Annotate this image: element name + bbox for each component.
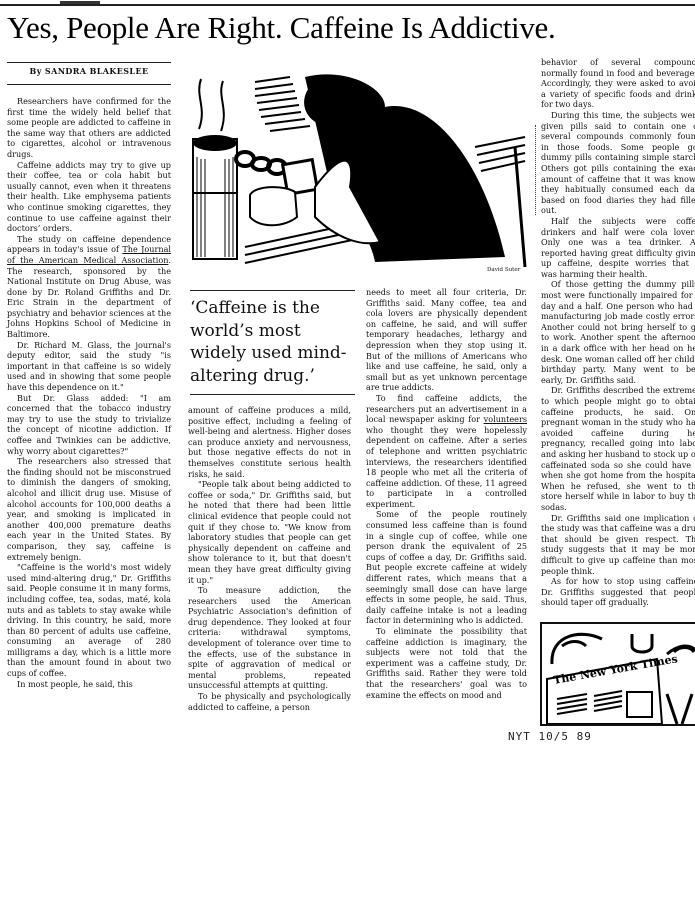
archive-stamp: NYT 10/5 89 — [508, 730, 592, 743]
text: who thought they were hopelessly depende… — [366, 425, 527, 509]
paragraph: amount of caffeine produces a mild, posi… — [188, 405, 351, 479]
margin-mark — [535, 125, 537, 215]
paragraph: behavior of several compounds normally f… — [541, 57, 695, 110]
paragraph: The researchers also stressed that the f… — [7, 456, 171, 562]
paragraph: During this time, the subjects were give… — [541, 110, 695, 216]
paragraph: Researchers have confirmed for the first… — [7, 96, 171, 160]
paragraph: The study on caffeine dependence appears… — [7, 234, 171, 340]
text-underlined: volunteers — [484, 414, 527, 424]
article-column-2: amount of caffeine produces a mild, posi… — [188, 405, 351, 712]
pull-quote: ‘Caffeine is the world’s most widely use… — [190, 297, 355, 387]
article-column-3: needs to meet all four criteria, Dr. Gri… — [366, 287, 527, 700]
byline-rule-top — [7, 62, 171, 63]
paragraph: As for how to stop using caffeine, Dr. G… — [541, 576, 695, 608]
paragraph: Some of the people routinely consumed le… — [366, 509, 527, 626]
byline: By SANDRA BLAKESLEE — [7, 66, 171, 76]
paragraph: To find caffeine addicts, the researcher… — [366, 393, 527, 510]
paragraph: Half the subjects were coffee drinkers a… — [541, 216, 695, 280]
illustration-credit: David Suter — [487, 267, 520, 273]
paragraph: Of those getting the dummy pills, most w… — [541, 279, 695, 385]
article-column-1: Researchers have confirmed for the first… — [7, 96, 171, 689]
paragraph: "Caffeine is the world's most widely use… — [7, 562, 171, 679]
article-column-4: behavior of several compounds normally f… — [541, 57, 695, 608]
newspaper-readers-illustration: The New York Times — [540, 622, 695, 726]
paragraph: Caffeine addicts may try to give up thei… — [7, 160, 171, 234]
top-rule — [0, 4, 695, 6]
paragraph: To be physically and psychologically add… — [188, 691, 351, 712]
paragraph: To measure addiction, the researchers us… — [188, 585, 351, 691]
paragraph: Dr. Richard M. Glass, the journal's depu… — [7, 340, 171, 393]
paragraph: Dr. Griffiths described the extremes to … — [541, 385, 695, 512]
paragraph: Dr. Griffiths said one implication of th… — [541, 513, 695, 577]
paragraph: needs to meet all four criteria, Dr. Gri… — [366, 287, 527, 393]
paragraph: "People talk about being addicted to cof… — [188, 479, 351, 585]
byline-rule-bottom — [7, 84, 171, 85]
paragraph: But Dr. Glass added: "I am concerned tha… — [7, 393, 171, 457]
paragraph: In most people, he said, this — [7, 679, 171, 690]
paragraph: To eliminate the possibility that caffei… — [366, 626, 527, 700]
pullquote-rule-top — [190, 290, 355, 291]
pullquote-rule-bottom — [190, 394, 355, 395]
text: . The research, sponsored by the Nationa… — [7, 255, 171, 339]
headline: Yes, People Are Right. Caffeine Is Addic… — [7, 10, 555, 46]
chained-coffee-cup-illustration — [185, 67, 530, 277]
